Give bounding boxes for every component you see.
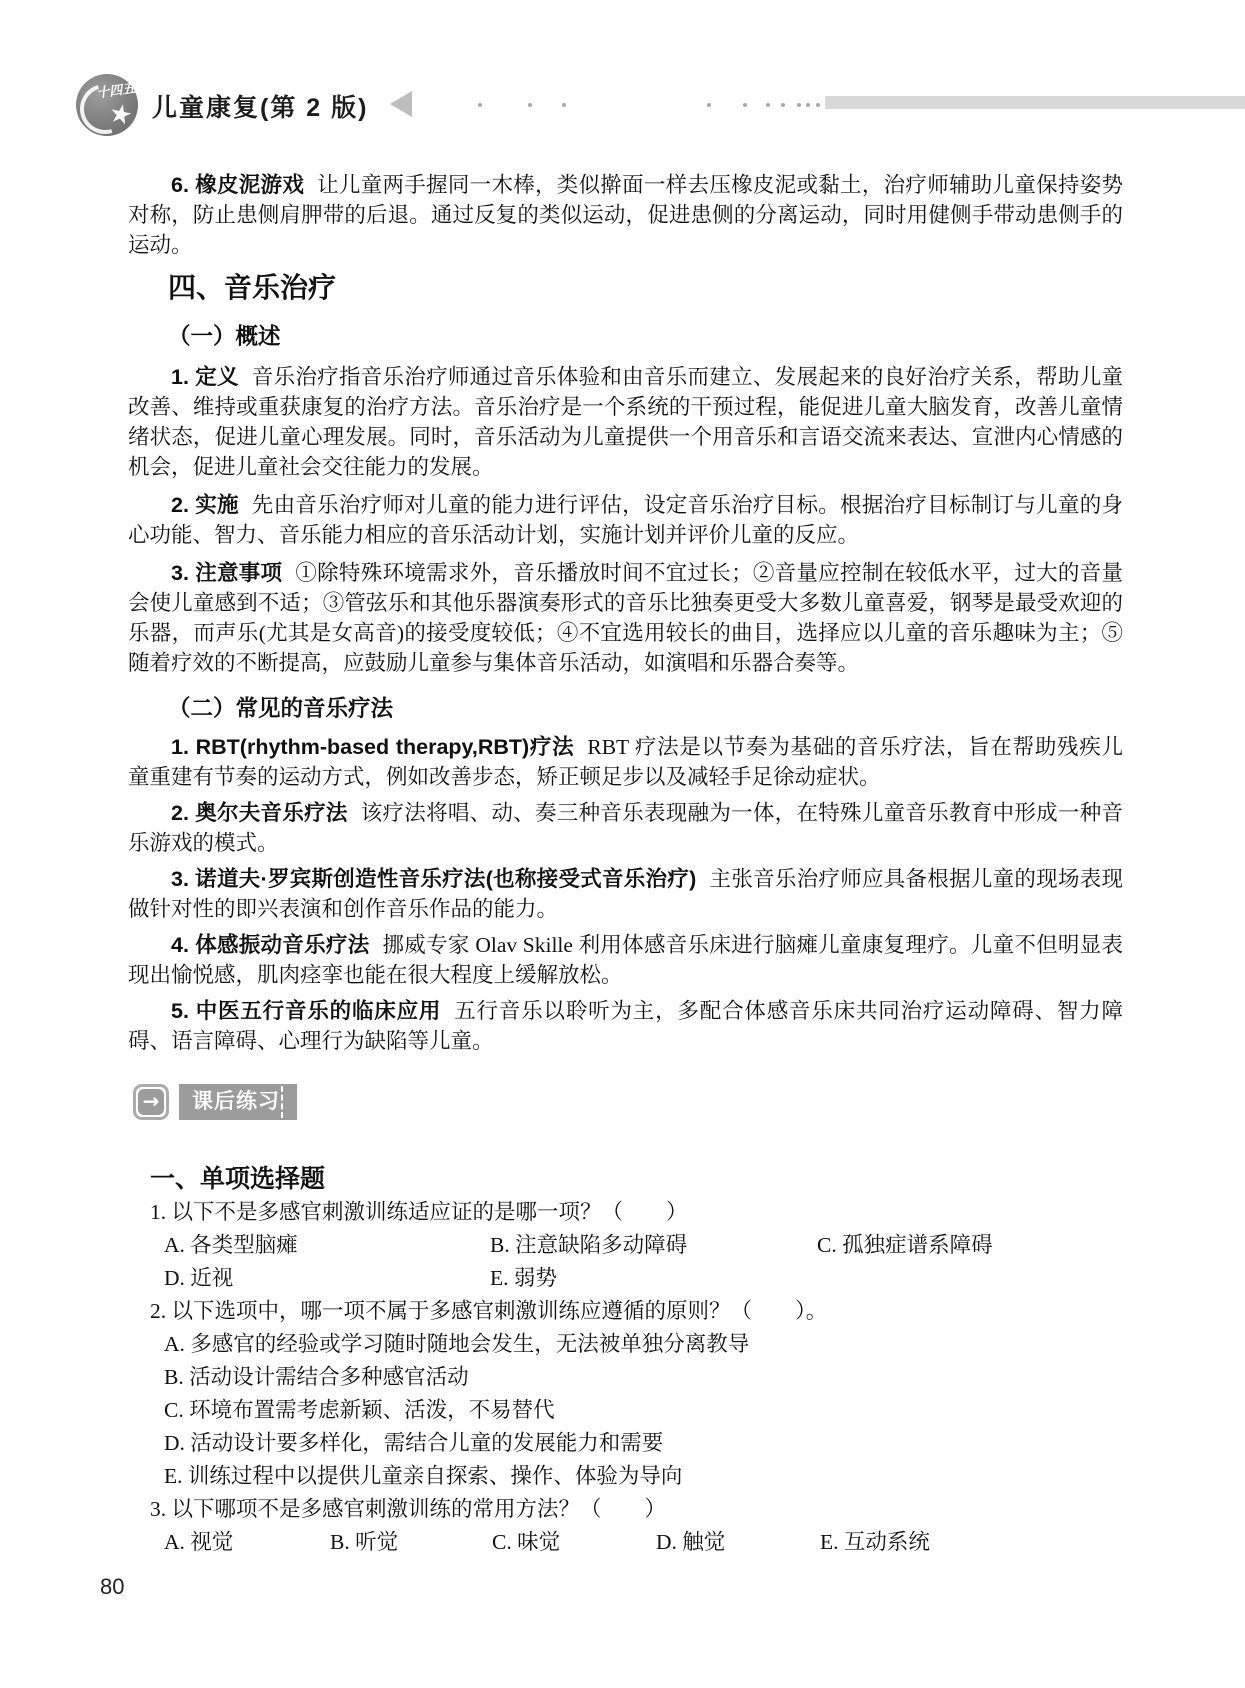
option-b: B. 注意缺陷多动障碍 <box>490 1229 817 1262</box>
option-c: C. 环境布置需考虑新颖、活泼，不易替代 <box>128 1394 1123 1427</box>
paragraph-five-elements: 5. 中医五行音乐的临床应用五行音乐以聆听为主，多配合体感音乐床共同治疗运动障碍… <box>128 996 1123 1056</box>
exercise-badge-row: → 课后练习 <box>133 1084 1123 1120</box>
star-icon: ★ <box>106 100 134 130</box>
header-dot <box>562 103 566 107</box>
header-dot <box>816 103 820 107</box>
header-dot <box>743 103 747 107</box>
badge-dashed-line <box>281 1086 283 1118</box>
header-dot <box>766 103 770 107</box>
paragraph-label: 5. 中医五行音乐的临床应用 <box>171 999 441 1023</box>
paragraph-label: 2. 奥尔夫音乐疗法 <box>171 801 348 825</box>
option-c: C. 孤独症谱系障碍 <box>817 1229 1123 1262</box>
paragraph-orff-therapy: 2. 奥尔夫音乐疗法该疗法将唱、动、奏三种音乐表现融为一体，在特殊儿童音乐教育中… <box>128 798 1123 858</box>
header-dot <box>781 103 785 107</box>
option-e: E. 互动系统 <box>820 1526 1123 1559</box>
option-a: A. 多感官的经验或学习随时随地会发生，无法被单独分离教导 <box>128 1328 1123 1361</box>
option-a: A. 各类型脑瘫 <box>164 1229 490 1262</box>
question-1-options-row-1: A. 各类型脑瘫 B. 注意缺陷多动障碍 C. 孤独症谱系障碍 <box>128 1229 1123 1262</box>
header-dot <box>478 103 482 107</box>
option-c: C. 味觉 <box>492 1526 656 1559</box>
header-dot <box>707 103 711 107</box>
question-1-options-row-2: D. 近视 E. 弱势 <box>128 1262 1123 1295</box>
option-b: B. 听觉 <box>330 1526 492 1559</box>
chapter-heading-music-therapy: 四、音乐治疗 <box>128 270 1123 306</box>
exercise-section-title: 一、单项选择题 <box>128 1162 1123 1196</box>
paragraph-text: 先由音乐治疗师对儿童的能力进行评估，设定音乐治疗目标。根据治疗目标制订与儿童的身… <box>128 493 1123 547</box>
option-d: D. 触觉 <box>656 1526 820 1559</box>
page-number: 80 <box>100 1574 124 1600</box>
textbook-page: 十四五 ★ 儿童康复(第 2 版) 6. 橡皮泥游戏让儿童两手握同一木棒，类似擀… <box>0 0 1245 1688</box>
question-2: 2. 以下选项中，哪一项不属于多感官刺激训练应遵循的原则？（ ）。 <box>128 1295 1123 1328</box>
question-1: 1. 以下不是多感官刺激训练适应证的是哪一项？（ ） <box>128 1196 1123 1229</box>
exercise-badge-label: 课后练习 <box>179 1087 280 1117</box>
header-decor-bar <box>825 96 1245 109</box>
book-title: 儿童康复(第 2 版) <box>152 88 368 124</box>
exercise-section: 一、单项选择题 1. 以下不是多感官刺激训练适应证的是哪一项？（ ） A. 各类… <box>128 1162 1123 1559</box>
paragraph-precautions: 3. 注意事项①除特殊环境需求外，音乐播放时间不宜过长；②音量应控制在较低水平，… <box>128 558 1123 678</box>
paragraph-label: 3. 诺道夫·罗宾斯创造性音乐疗法(也称接受式音乐治疗) <box>171 867 696 891</box>
question-3-options-row: A. 视觉 B. 听觉 C. 味觉 D. 触觉 E. 互动系统 <box>128 1526 1123 1559</box>
option-e: E. 训练过程中以提供儿童亲自探索、操作、体验为导向 <box>128 1460 1123 1493</box>
header-dot <box>797 103 801 107</box>
question-3: 3. 以下哪项不是多感官刺激训练的常用方法？（ ） <box>128 1493 1123 1526</box>
paragraph-label: 6. 橡皮泥游戏 <box>171 173 304 197</box>
arrow-right-icon: → <box>133 1084 169 1120</box>
subheading-overview: （一）概述 <box>128 322 1123 352</box>
main-content: 6. 橡皮泥游戏让儿童两手握同一木棒，类似擀面一样去压橡皮泥或黏土，治疗师辅助儿… <box>128 170 1123 1559</box>
option-d: D. 近视 <box>164 1262 490 1295</box>
paragraph-vibroacoustic: 4. 体感振动音乐疗法挪威专家 Olav Skille 利用体感音乐床进行脑瘫儿… <box>128 930 1123 990</box>
paragraph-implementation: 2. 实施先由音乐治疗师对儿童的能力进行评估，设定音乐治疗目标。根据治疗目标制订… <box>128 490 1123 550</box>
option-e: E. 弱势 <box>490 1262 817 1295</box>
option-a: A. 视觉 <box>164 1526 330 1559</box>
paragraph-label: 2. 实施 <box>171 493 239 517</box>
subheading-common-therapies: （二）常见的音乐疗法 <box>128 694 1123 724</box>
option-d: D. 活动设计要多样化，需结合儿童的发展能力和需要 <box>128 1427 1123 1460</box>
paragraph-rbt-therapy: 1. RBT(rhythm-based therapy,RBT)疗法RBT 疗法… <box>128 732 1123 792</box>
option-b: B. 活动设计需结合多种感官活动 <box>128 1361 1123 1394</box>
paragraph-nordoff-robbins: 3. 诺道夫·罗宾斯创造性音乐疗法(也称接受式音乐治疗)主张音乐治疗师应具备根据… <box>128 864 1123 924</box>
arrow-glyph: → <box>138 1089 164 1115</box>
paragraph-label: 3. 注意事项 <box>171 561 282 585</box>
paragraph-clay-game: 6. 橡皮泥游戏让儿童两手握同一木棒，类似擀面一样去压橡皮泥或黏土，治疗师辅助儿… <box>128 170 1123 260</box>
paragraph-label: 4. 体感振动音乐疗法 <box>171 933 370 957</box>
paragraph-definition: 1. 定义音乐治疗指音乐治疗师通过音乐体验和由音乐而建立、发展起来的良好治疗关系… <box>128 362 1123 482</box>
paragraph-label: 1. RBT(rhythm-based therapy,RBT)疗法 <box>171 735 574 759</box>
page-header: 十四五 ★ 儿童康复(第 2 版) <box>0 0 1245 150</box>
left-arrow-icon <box>390 91 412 117</box>
paragraph-text: 音乐治疗指音乐治疗师通过音乐体验和由音乐而建立、发展起来的良好治疗关系，帮助儿童… <box>128 365 1123 479</box>
exercise-badge: 课后练习 <box>179 1084 297 1120</box>
header-dot <box>528 103 532 107</box>
book-series-logo: 十四五 ★ <box>76 74 138 136</box>
paragraph-label: 1. 定义 <box>171 365 239 389</box>
header-dot <box>806 103 810 107</box>
